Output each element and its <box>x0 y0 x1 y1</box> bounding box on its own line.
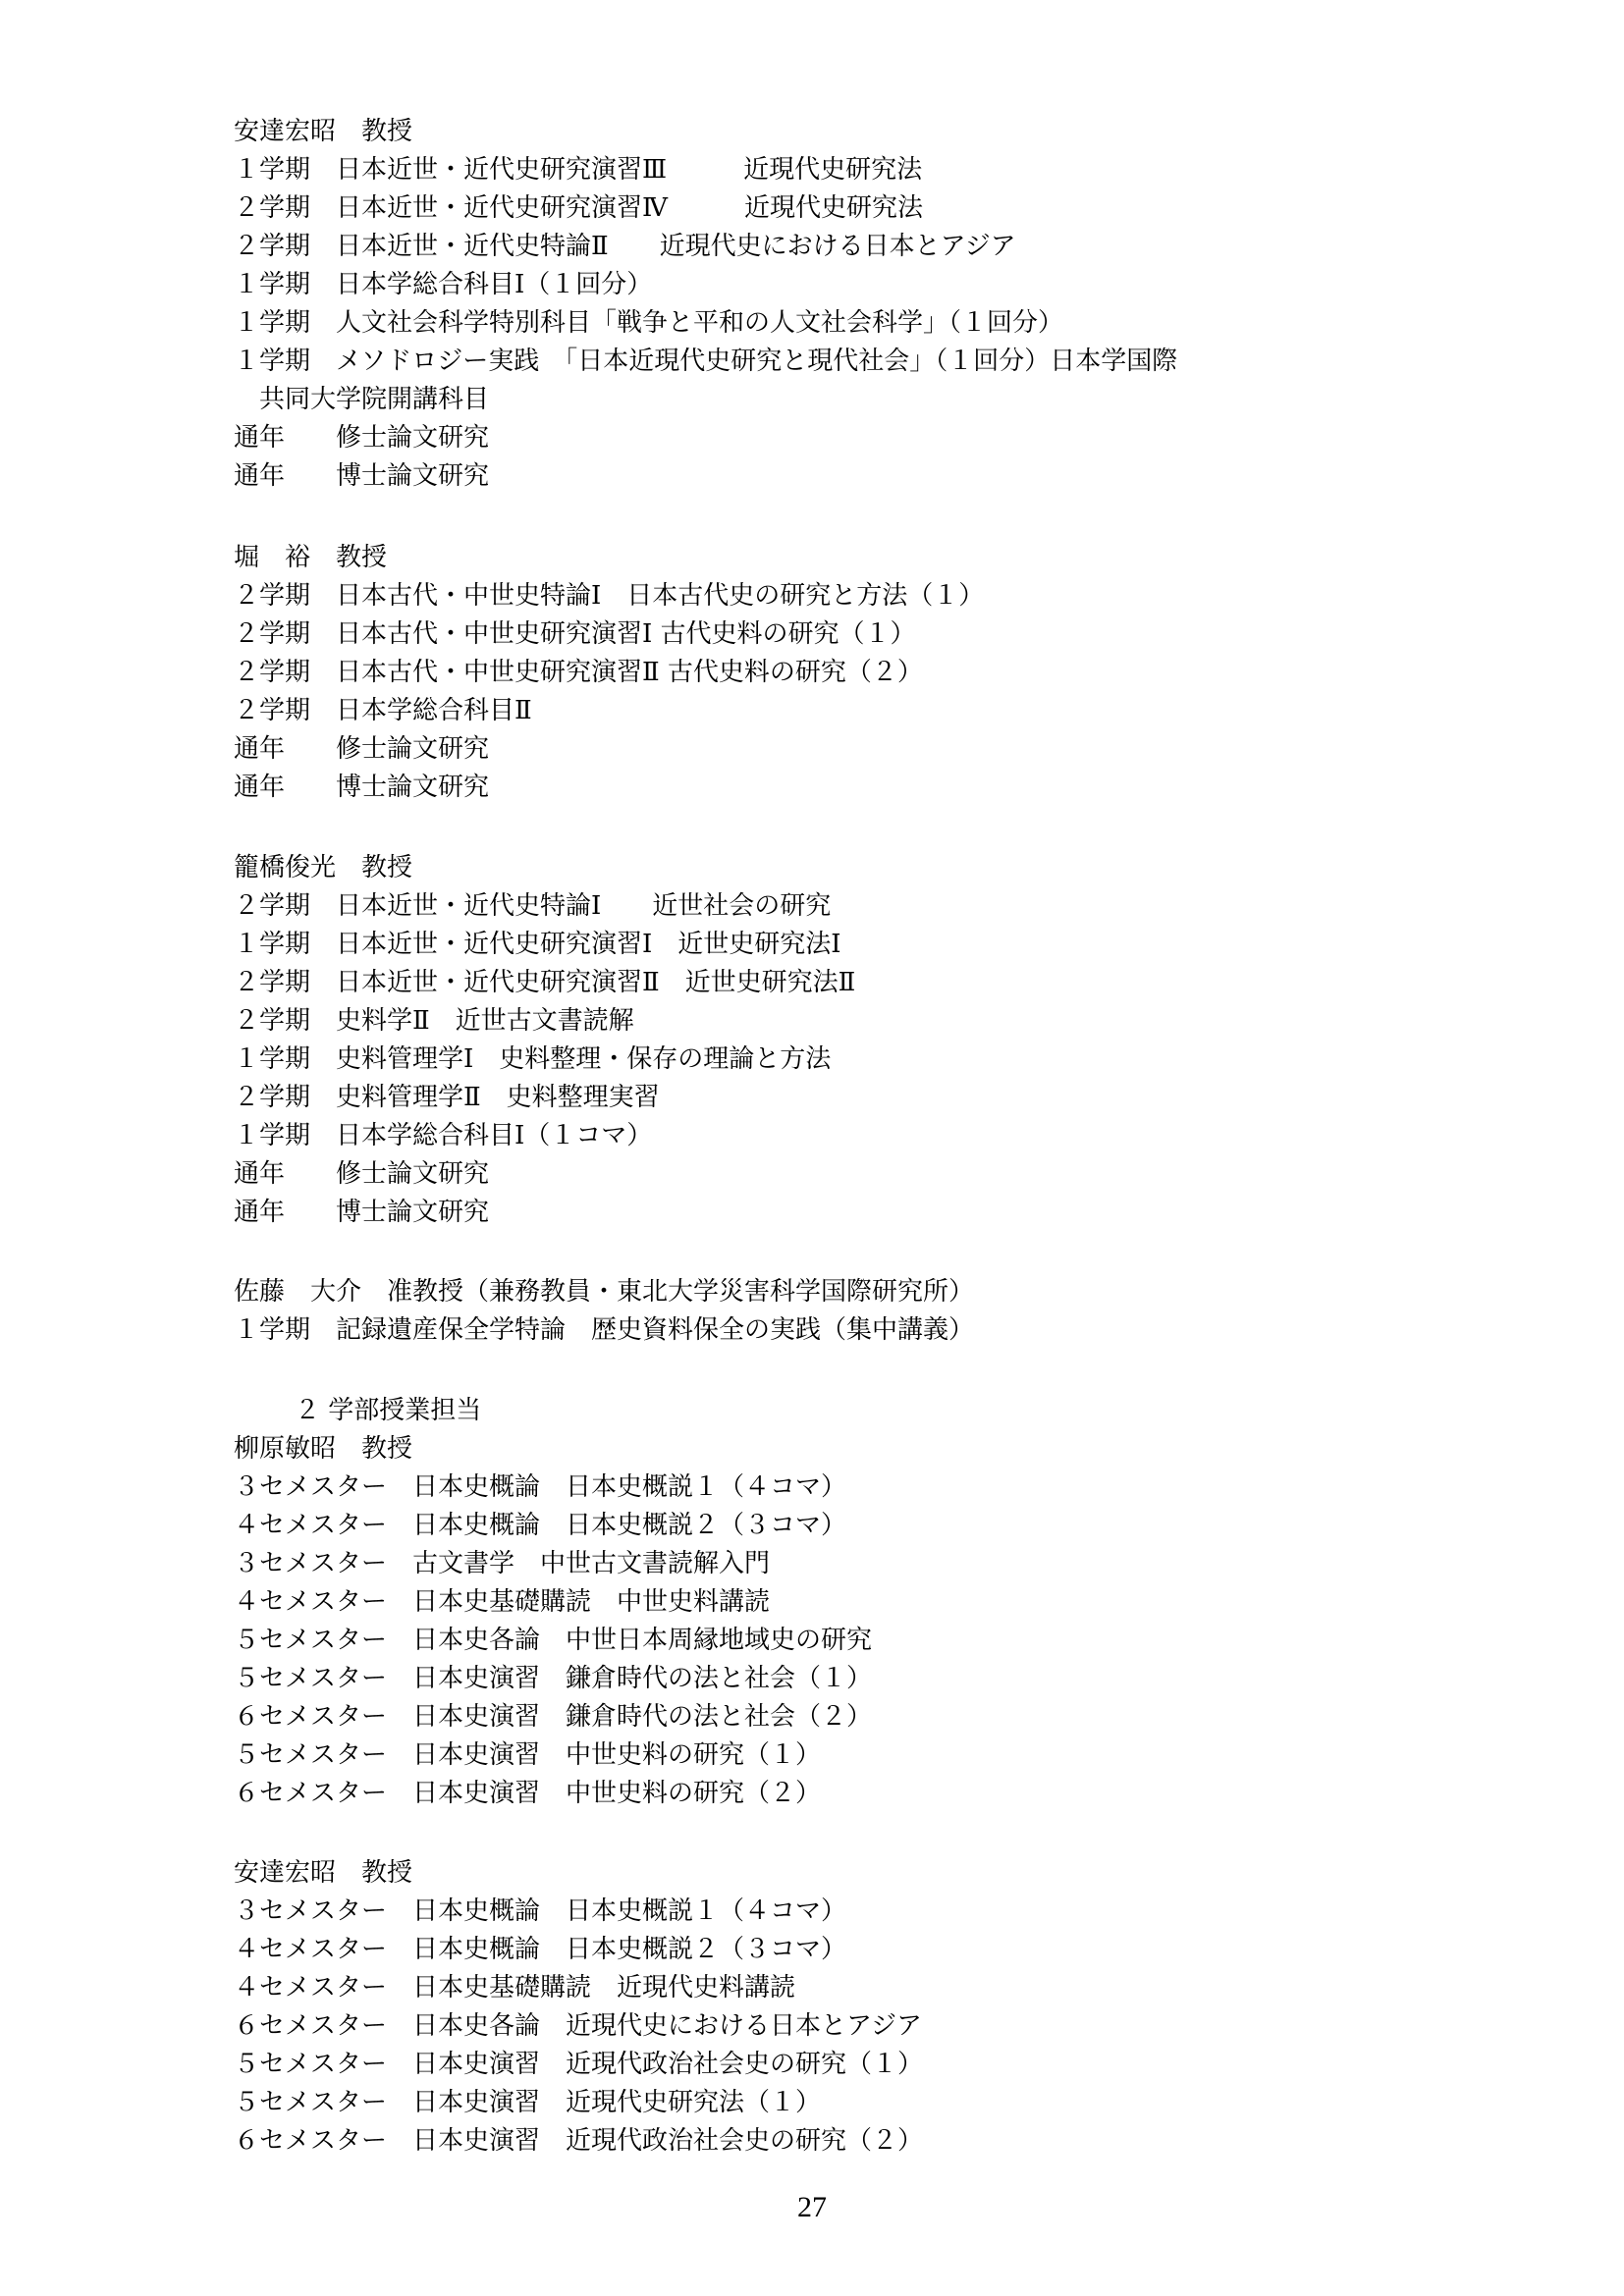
section-heading: ２ 学部授業担当 <box>295 1395 481 1426</box>
document-page: 安達宏昭 教授 １学期 日本近世・近代史研究演習Ⅲ 近現代史研究法 ２学期 日本… <box>0 0 1624 2296</box>
course-line: １学期 日本近世・近代史研究演習Ⅲ 近現代史研究法 <box>234 154 922 186</box>
course-line: ３セメスター 古文書学 中世古文書読解入門 <box>234 1548 770 1579</box>
course-line: 通年 博士論文研究 <box>234 460 489 492</box>
course-line-continuation: 共同大学院開講科目 <box>234 384 489 415</box>
course-line: ３セメスター 日本史概論 日本史概説１（４コマ） <box>234 1471 846 1503</box>
course-line: ２学期 日本近世・近代史研究演習Ⅱ 近世史研究法Ⅱ <box>234 967 855 998</box>
instructor-name: 柳原敏昭 教授 <box>234 1433 412 1465</box>
course-line: １学期 メソドロジー実践 「日本近現代史研究と現代社会」（１回分）日本学国際 <box>234 346 1177 377</box>
course-line: ５セメスター 日本史演習 近現代史研究法（１） <box>234 2087 821 2118</box>
course-line: １学期 記録遺産保全学特論 歴史資料保全の実践（集中講義） <box>234 1314 974 1346</box>
course-line: 通年 修士論文研究 <box>234 1158 489 1190</box>
course-line: ５セメスター 日本史演習 鎌倉時代の法と社会（１） <box>234 1663 872 1694</box>
course-line: ２学期 日本学総合科目Ⅱ <box>234 695 532 726</box>
page-number: 27 <box>0 2191 1624 2224</box>
course-line: ２学期 史料管理学Ⅱ 史料整理実習 <box>234 1082 660 1113</box>
course-line: ２学期 日本近世・近代史特論Ⅱ 近現代史における日本とアジア <box>234 231 1016 262</box>
course-line: ２学期 日本近世・近代史特論Ⅰ 近世社会の研究 <box>234 890 831 922</box>
course-line: 通年 修士論文研究 <box>234 733 489 765</box>
course-line: ２学期 日本古代・中世史研究演習Ⅱ 古代史料の研究（２） <box>234 657 923 688</box>
instructor-name: 籠橋俊光 教授 <box>234 852 412 883</box>
course-line: ６セメスター 日本史演習 鎌倉時代の法と社会（２） <box>234 1701 872 1733</box>
course-line: ４セメスター 日本史基礎購読 近現代史料講読 <box>234 1972 795 2003</box>
course-line: ６セメスター 日本史演習 近現代政治社会史の研究（２） <box>234 2125 923 2157</box>
course-line: １学期 日本学総合科目Ⅰ（１コマ） <box>234 1120 652 1151</box>
instructor-name: 安達宏昭 教授 <box>234 116 412 147</box>
course-line: ２学期 日本近世・近代史研究演習Ⅳ 近現代史研究法 <box>234 192 923 224</box>
course-line: ３セメスター 日本史概論 日本史概説１（４コマ） <box>234 1896 846 1927</box>
course-line: ６セメスター 日本史演習 中世史料の研究（２） <box>234 1778 821 1809</box>
course-line: ２学期 日本古代・中世史特論Ⅰ 日本古代史の研究と方法（１） <box>234 580 984 612</box>
course-line: ５セメスター 日本史各論 中世日本周縁地域史の研究 <box>234 1625 872 1656</box>
course-line: ４セメスター 日本史概論 日本史概説２（３コマ） <box>234 1934 846 1965</box>
course-line: ２学期 日本古代・中世史研究演習Ⅰ 古代史料の研究（１） <box>234 618 916 650</box>
course-line: 通年 博士論文研究 <box>234 1197 489 1228</box>
course-line: 通年 博士論文研究 <box>234 772 489 803</box>
course-line: ４セメスター 日本史概論 日本史概説２（３コマ） <box>234 1510 846 1541</box>
course-line: １学期 人文社会科学特別科目「戦争と平和の人文社会科学」（１回分） <box>234 307 1063 339</box>
course-line: １学期 日本近世・近代史研究演習Ⅰ 近世史研究法Ⅰ <box>234 929 841 960</box>
instructor-name: 佐藤 大介 准教授（兼務教員・東北大学災害科学国際研究所） <box>234 1276 974 1308</box>
instructor-name: 安達宏昭 教授 <box>234 1857 412 1889</box>
course-line: 通年 修士論文研究 <box>234 422 489 454</box>
course-line: ５セメスター 日本史演習 中世史料の研究（１） <box>234 1739 821 1771</box>
course-line: １学期 日本学総合科目Ⅰ（１回分） <box>234 269 652 300</box>
course-line: ６セメスター 日本史各論 近現代史における日本とアジア <box>234 2010 922 2042</box>
course-line: １学期 史料管理学Ⅰ 史料整理・保存の理論と方法 <box>234 1043 831 1075</box>
course-line: ４セメスター 日本史基礎購読 中世史料講読 <box>234 1586 770 1618</box>
course-line: ５セメスター 日本史演習 近現代政治社会史の研究（１） <box>234 2049 923 2080</box>
instructor-name: 堀 裕 教授 <box>234 542 387 573</box>
course-line: ２学期 史料学Ⅱ 近世古文書読解 <box>234 1005 634 1037</box>
